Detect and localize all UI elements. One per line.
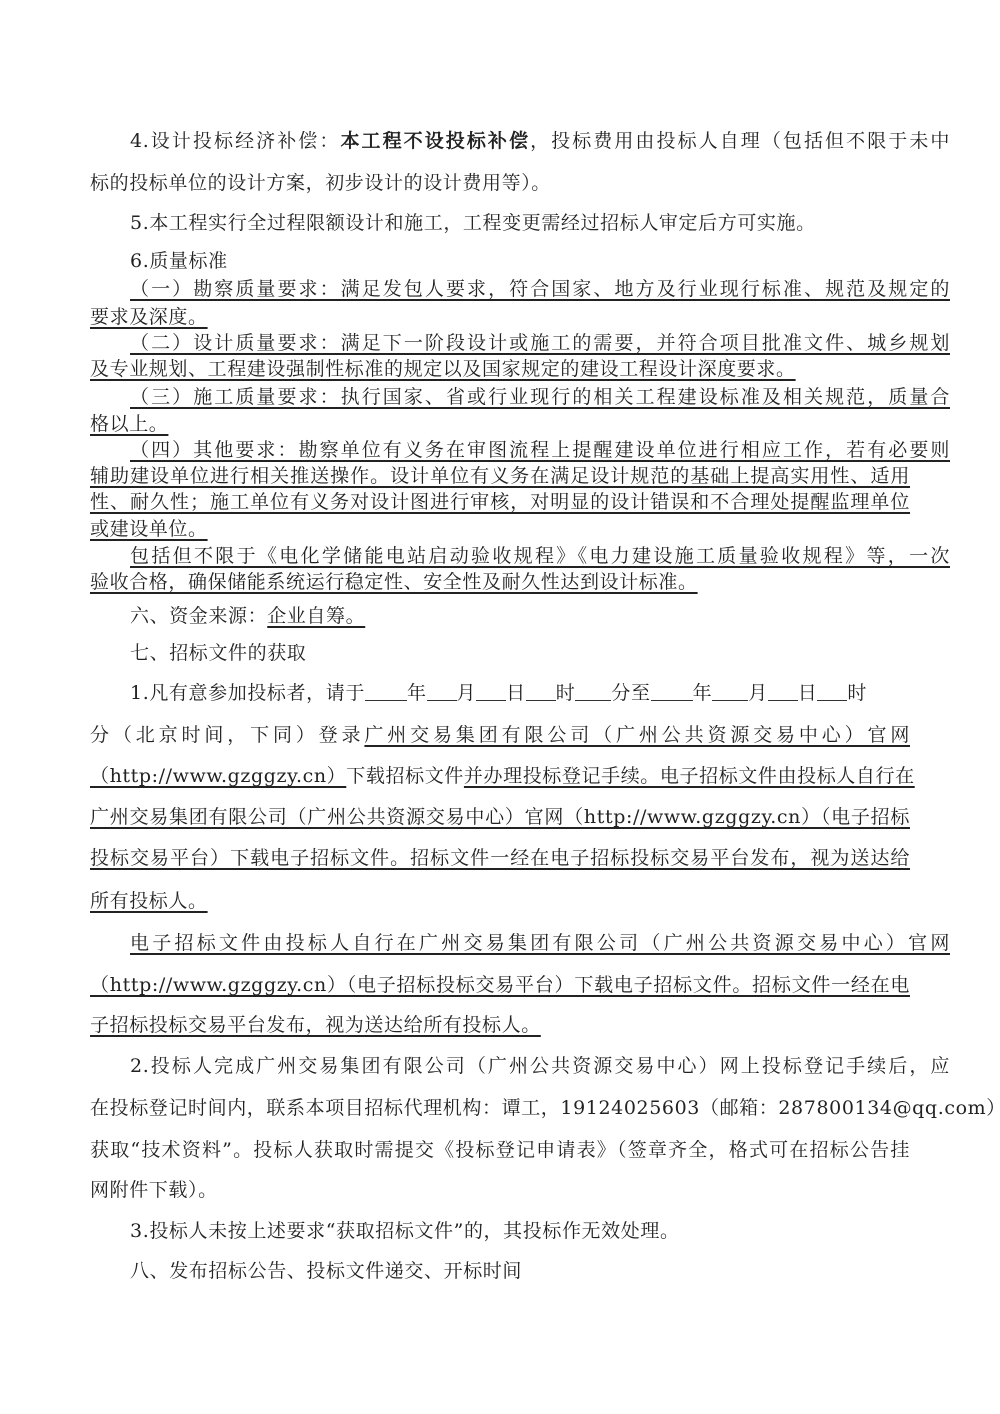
sec6-item4-line2: 辅助建设单位进行相关推送操作。设计单位有义务在满足设计规范的基础上提高实用性、适… xyxy=(90,463,910,489)
sec7-p1b-l1: 电子招标文件由投标人自行在广州交易集团有限公司（广州公共资源交易中心）官网 xyxy=(130,932,950,954)
unit-month: 月 xyxy=(457,682,477,704)
sec6-item5-line2: 验收合格，确保储能系统运行稳定性、安全性及耐久性达到设计标准。 xyxy=(90,569,910,595)
blank-day-start xyxy=(476,682,506,701)
sec7-p1b-line1: 电子招标文件由投标人自行在广州交易集团有限公司（广州公共资源交易中心）官网 xyxy=(90,930,950,956)
sec7-p1-line3: （http://www.gzggzy.cn）下载招标文件并办理投标登记手续。电子… xyxy=(90,763,910,789)
gzggzy-site-link[interactable]: 广州交易集团有限公司（广州公共资源交易中心）官网 xyxy=(364,724,910,746)
sec6-item1-l2: 要求及深度。 xyxy=(90,306,208,328)
unit-minute-to: 分至 xyxy=(611,682,650,704)
login-text: 分（北京时间，下同）登录 xyxy=(90,724,364,746)
sec7-p1-line4: 广州交易集团有限公司（广州公共资源交易中心）官网（http://www.gzgg… xyxy=(90,804,910,830)
funding-source: 六、资金来源：企业自筹。 xyxy=(90,603,950,629)
sec7-p1-line5: 投标交易平台）下载电子招标文件。招标文件一经在电子招标投标交易平台发布，视为送达… xyxy=(90,845,910,871)
sec7-p1-l4: 广州交易集团有限公司（广州公共资源交易中心）官网（http://www.gzgg… xyxy=(90,806,910,828)
sec6-item5-l2: 验收合格，确保储能系统运行稳定性、安全性及耐久性达到设计标准。 xyxy=(90,571,698,593)
sec7-p2-line3: 获取“技术资料”。投标人获取时需提交《投标登记申请表》（签章齐全，格式可在招标公… xyxy=(90,1137,910,1163)
sec6-item2-line1: （二）设计质量要求：满足下一阶段设计或施工的需要，并符合项目批准文件、城乡规划 xyxy=(90,330,950,356)
sec6-title: 6.质量标准 xyxy=(90,248,950,274)
document-page: 4.设计投标经济补偿：本工程不设投标补偿，投标费用由投标人自理（包括但不限于未中… xyxy=(0,0,1000,1414)
blank-hour-end xyxy=(817,682,847,701)
sec7-p1b-l3: 子招标投标交易平台发布，视为送达给所有投标人。 xyxy=(90,1014,541,1036)
sec6-item4-l3: 性、耐久性；施工单位有义务对设计图进行审核，对明显的设计错误和不合理处提醒监理单… xyxy=(90,491,910,513)
sec5-text: 5.本工程实行全过程限额设计和施工，工程变更需经过招标人审定后方可实施。 xyxy=(90,210,950,236)
funding-label: 六、资金来源： xyxy=(130,605,267,627)
unit-hour-end: 时 xyxy=(847,682,867,704)
sec4-rest: ，投标费用由投标人自理（包括但不限于未中 xyxy=(530,130,950,152)
sec4-bold-text: 本工程不设投标补偿 xyxy=(340,130,530,152)
unit-year: 年 xyxy=(407,682,427,704)
gzggzy-url-link[interactable]: （http://www.gzggzy.cn） xyxy=(90,765,346,787)
blank-hour-start xyxy=(526,682,556,701)
sec6-item1-line1: （一）勘察质量要求：满足发包人要求，符合国家、地方及行业现行标准、规范及规定的 xyxy=(90,276,950,302)
blank-month-start xyxy=(427,682,457,701)
blank-year-end xyxy=(651,682,693,701)
sec4-line2: 标的投标单位的设计方案，初步设计的设计费用等）。 xyxy=(90,170,910,196)
unit-hour: 时 xyxy=(556,682,576,704)
sec7-p1-lead: 1.凡有意参加投标者，请于 xyxy=(130,682,365,704)
sec7-p1-l5: 投标交易平台）下载电子招标文件。招标文件一经在电子招标投标交易平台发布，视为送达… xyxy=(90,847,910,869)
unit-day-end: 日 xyxy=(798,682,818,704)
sec6-item1-line2: 要求及深度。 xyxy=(90,304,910,330)
unit-month-end: 月 xyxy=(748,682,768,704)
sec6-item3-line1: （三）施工质量要求：执行国家、省或行业现行的相关工程建设标准及相关规范，质量合 xyxy=(90,384,950,410)
sec6-item2-l2: 及专业规划、工程建设强制性标准的规定以及国家规定的建设工程设计深度要求。 xyxy=(90,358,796,380)
download-text: 下载招标文件 xyxy=(346,765,464,787)
blank-day-end xyxy=(768,682,798,701)
blank-month-end xyxy=(712,682,748,701)
sec7-p1-line1: 1.凡有意参加投标者，请于年月日时分至年月日时 xyxy=(90,680,950,706)
sec7-p1-line6: 所有投标人。 xyxy=(90,888,910,914)
sec6-item4-l1: （四）其他要求：勘察单位有义务在审图流程上提醒建设单位进行相应工作，若有必要则 xyxy=(130,439,950,461)
blank-year-start xyxy=(365,682,407,701)
sec6-item3-l2: 格以上。 xyxy=(90,413,168,435)
sec6-item5-line1: 包括但不限于《电化学储能电站启动验收规程》《电力建设施工质量验收规程》等，一次 xyxy=(90,543,950,569)
sec7-p1-line2: 分（北京时间，下同）登录广州交易集团有限公司（广州公共资源交易中心）官网 xyxy=(90,722,910,748)
sec6-item3-l1: （三）施工质量要求：执行国家、省或行业现行的相关工程建设标准及相关规范，质量合 xyxy=(130,386,950,408)
registration-text: 并办理投标登记手续。电子招标文件由投标人自行在 xyxy=(464,765,915,787)
sec6-item3-line2: 格以上。 xyxy=(90,411,910,437)
sec7-p1-l6: 所有投标人。 xyxy=(90,890,208,912)
sec7-title: 七、招标文件的获取 xyxy=(90,640,950,666)
funding-value: 企业自筹。 xyxy=(267,605,365,627)
sec6-item5-l1: 包括但不限于《电化学储能电站启动验收规程》《电力建设施工质量验收规程》等，一次 xyxy=(130,545,950,567)
sec4-prefix: 4.设计投标经济补偿： xyxy=(130,130,340,152)
sec6-item4-line3: 性、耐久性；施工单位有义务对设计图进行审核，对明显的设计错误和不合理处提醒监理单… xyxy=(90,489,910,515)
sec6-item4-line4: 或建设单位。 xyxy=(90,516,910,542)
sec7-p1b-l2: （http://www.gzggzy.cn）（电子招标投标交易平台）下载电子招标… xyxy=(90,974,910,996)
sec6-item1-l1: （一）勘察质量要求：满足发包人要求，符合国家、地方及行业现行标准、规范及规定的 xyxy=(130,278,950,300)
sec6-item2-line2: 及专业规划、工程建设强制性标准的规定以及国家规定的建设工程设计深度要求。 xyxy=(90,356,910,382)
sec8-title: 八、发布招标公告、投标文件递交、开标时间 xyxy=(90,1258,950,1284)
sec6-item4-line1: （四）其他要求：勘察单位有义务在审图流程上提醒建设单位进行相应工作，若有必要则 xyxy=(90,437,950,463)
sec7-p3: 3.投标人未按上述要求“获取招标文件”的，其投标作无效处理。 xyxy=(90,1218,950,1244)
sec6-item4-l2: 辅助建设单位进行相关推送操作。设计单位有义务在满足设计规范的基础上提高实用性、适… xyxy=(90,465,910,487)
unit-day: 日 xyxy=(506,682,526,704)
sec7-p1b-line3: 子招标投标交易平台发布，视为送达给所有投标人。 xyxy=(90,1012,910,1038)
sec4-line1: 4.设计投标经济补偿：本工程不设投标补偿，投标费用由投标人自理（包括但不限于未中 xyxy=(90,128,950,154)
unit-year-end: 年 xyxy=(693,682,713,704)
blank-minute-start xyxy=(575,682,611,701)
sec6-item2-l1: （二）设计质量要求：满足下一阶段设计或施工的需要，并符合项目批准文件、城乡规划 xyxy=(130,332,950,354)
sec7-p1b-line2: （http://www.gzggzy.cn）（电子招标投标交易平台）下载电子招标… xyxy=(90,972,910,998)
sec7-p2-line4: 网附件下载）。 xyxy=(90,1177,910,1203)
sec6-item4-l4: 或建设单位。 xyxy=(90,518,208,540)
sec7-p2-line1: 2.投标人完成广州交易集团有限公司（广州公共资源交易中心）网上投标登记手续后，应 xyxy=(90,1053,950,1079)
sec7-p2-line2: 在投标登记时间内，联系本项目招标代理机构：谭工，19124025603（邮箱：2… xyxy=(90,1095,910,1121)
